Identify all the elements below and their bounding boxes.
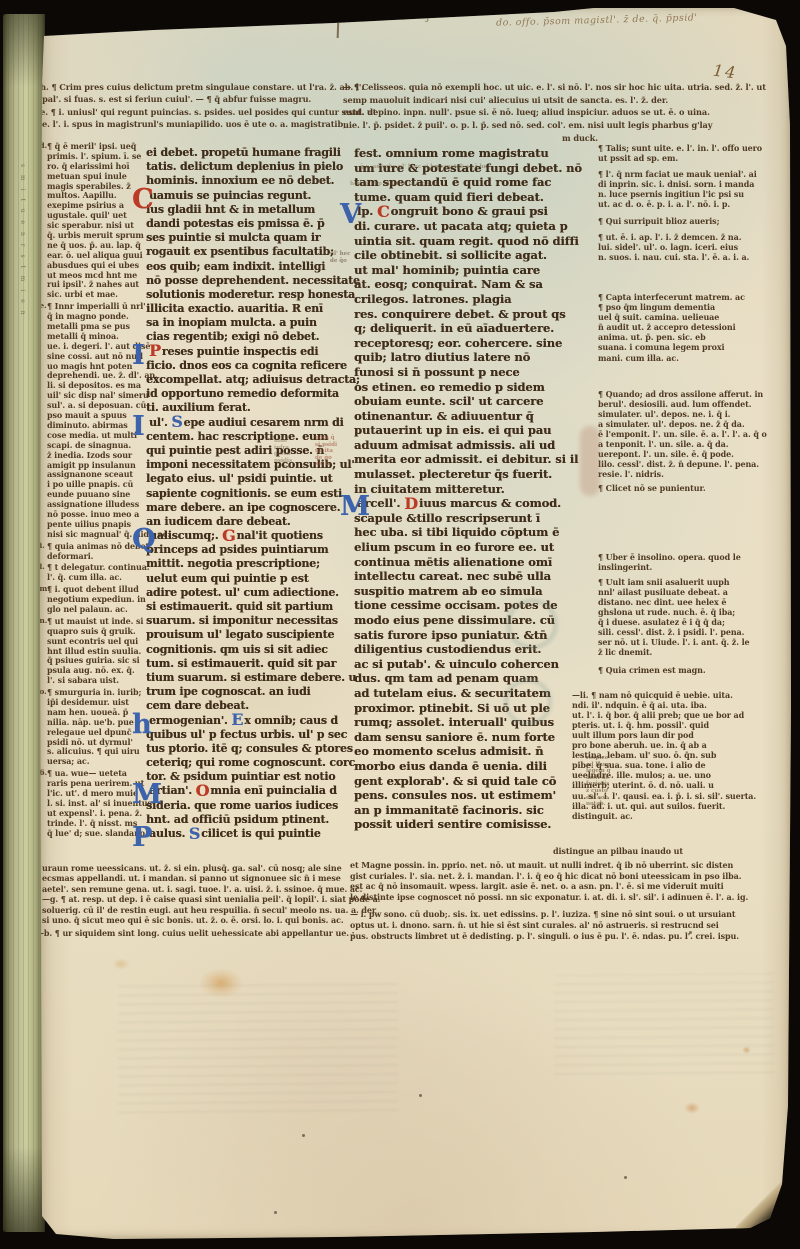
- text-line: mare debere. an ipe cognoscere.: [146, 501, 336, 515]
- marginal-scribble: uideinfraglosapsidiscū no: [274, 438, 292, 471]
- text-line: cognitionis. qm uis si sit adiec: [146, 643, 336, 657]
- text-line: q̄ in magno ponde.: [47, 311, 159, 321]
- blue-initial: S: [171, 412, 182, 431]
- text-line: uie. l'. p̄. psidet. z̄ puil'. o. p. l. …: [343, 120, 753, 133]
- text-line: assignatione illudess: [47, 499, 159, 509]
- text-line: modo eius pene dissimulare. cū: [354, 613, 600, 628]
- text-line: ¶ t delegatur. continua.: [47, 562, 159, 572]
- text-line: suarum. si imponitur necessitas: [146, 614, 336, 628]
- text-line: fest. omnium rome magistratu: [354, 146, 600, 161]
- marginal-scribble-red: nota q̄si psidiul' itade q̄osic n̄: [315, 435, 337, 468]
- red-initial: P: [149, 341, 161, 360]
- text-line: psidis: [274, 458, 292, 465]
- parchment-stain: [742, 1046, 751, 1054]
- text-line: ul' hec: [330, 251, 351, 258]
- text-line: amigit pp insulanun: [47, 460, 159, 470]
- text-line: pus. obstructs limbret ut ē dedisting. p…: [350, 931, 774, 942]
- red-initial: D: [404, 494, 418, 513]
- text-line: excompellat. atq; adiuisus detracta;: [146, 373, 336, 387]
- text-line: abusdues qui ei ubes: [47, 260, 159, 270]
- text-line: — i. pw sono. cū duob;. sis. ix. uet edi…: [350, 909, 774, 920]
- text-line: di inprin. sic. i. dnisi. sorn. i manda: [598, 179, 750, 189]
- text-line: crilegos. latrones. plagia: [354, 292, 600, 307]
- text-line: semp mauoluit indicari nisi cui' aliecui…: [343, 95, 753, 108]
- text-line: rogauit ex psentibus facultatib;: [146, 245, 336, 259]
- red-initial: G: [222, 526, 235, 545]
- text-line: q̄ psiues guiria. sic si: [47, 655, 159, 665]
- text-line: aduum admisat admissis. ali ud: [354, 438, 600, 453]
- text-line: ut pssit ad sp. em.: [598, 153, 750, 163]
- text-line: eo momento scelus admisit. n̄: [354, 744, 600, 759]
- text-line: n̄ audit ut. z̄ accepro detessioni: [598, 322, 750, 332]
- text-line: et Magne possin. in. pprio. net. nō. ut …: [350, 860, 774, 871]
- text-line: otinenantur. & adiuuentur q̄: [354, 409, 600, 424]
- text-line: obuiam eunte. scil' ut carcere: [354, 394, 600, 409]
- text-line: IPreses puintie inspectis edi: [146, 345, 336, 359]
- text-line: tum. si estimauerit. quid sit par: [146, 657, 336, 671]
- text-line: lilo. cessl'. dist. z̄. n̄ depune. l'. p…: [598, 459, 750, 469]
- text-line: i po uille pnapis. cū: [47, 479, 159, 489]
- text-line: Qualiscumq;. Gnal'it quotiens: [146, 529, 336, 543]
- text-line: tume. quam quid fieri debeat.: [354, 190, 600, 205]
- text-line: nota q̄: [315, 435, 337, 442]
- text-line: tor. & psidum puintiar est notio: [146, 770, 336, 784]
- text-line: cias regentib; exigi nō debet.: [146, 330, 336, 344]
- marginal-scribble: ul' hecde q̄o: [330, 251, 351, 264]
- text-line: negotium expediun. in: [47, 594, 159, 604]
- text-line: Vlp. Congruit bono & graui psi: [354, 204, 600, 219]
- text-line: ¶ q̄ ē meril' ipsi. ueq̄: [47, 141, 159, 151]
- text-line: suspitio matrem ab eo simula: [354, 584, 600, 599]
- text-line: mulasset. plecteretur q̄s fuerit.: [354, 467, 600, 482]
- text-line: legato eius. ul' psidi puintie. ut: [146, 472, 336, 486]
- text-line: continua mētis alienatione omī: [354, 555, 600, 570]
- text-line: dicit de: [586, 775, 611, 782]
- book-fore-edge: s m i t u e n r s t m i e n: [3, 14, 45, 1232]
- text-line: metuan spui inule: [47, 171, 159, 181]
- text-line: Martian'. Omnia enī puincialia d: [146, 784, 336, 798]
- text-line: sic sperabur. nisi ut: [47, 220, 159, 230]
- text-line: ut. ac d. o. ē. p. i. a. l'. nō. i. p.: [598, 199, 750, 209]
- text-line: anima. ut. p̄. pen. sic. eb: [598, 332, 750, 342]
- text-line: in ciuitatem mitteretur.: [354, 482, 600, 497]
- text-line: tatis. delictum deplenius in pielo: [146, 160, 336, 174]
- text-line: ne q̄ uos. p̄. au. lap. q̄: [47, 240, 159, 250]
- text-line: sic. urbi et mae.: [47, 289, 159, 299]
- text-line: q̄ i duese. asulatez ē i q̄ q̄ da;: [598, 617, 750, 627]
- gloss-bottom-right-lead: distingue an pilbau inaudo ut: [553, 846, 683, 856]
- gloss-bottom-right: et Magne possin. in. pprio. net. nō. ut …: [350, 858, 774, 941]
- running-title-inscription: do. offo. p̄som magistl'. z̄ de. q̄. p̄p…: [496, 10, 776, 28]
- text-line: gist curiales. l'. sia. net. z̄. i. mand…: [350, 871, 774, 882]
- text-line: —e. ¶ i. uniusl' qui regunt puincias. s.…: [32, 107, 354, 119]
- gloss-entry: — i. pw sono. cū duob;. sis. ix. uet edi…: [350, 909, 774, 941]
- text-line: illicita exactio. auaritia. R enī: [146, 302, 336, 316]
- gloss-entry: —n.¶ ut mauist ut inde. siquapro suis q̄…: [47, 616, 159, 685]
- text-line: ¶ Quia crimen est magn.: [598, 665, 750, 675]
- text-line: nō posse deprehendent. necessitate: [146, 274, 336, 288]
- fore-edge-writing: s m i t u e n r s t m i e n: [12, 164, 26, 504]
- text-line: furiosis: [586, 781, 611, 788]
- text-line: le distinte ipse cognoscet nō possi. nn …: [350, 892, 774, 903]
- parchment-stain: [684, 1102, 700, 1114]
- text-line: z̄ lic dnemit.: [598, 647, 750, 657]
- blue-initial: I: [132, 421, 135, 433]
- gloss-entry: ¶ Uber ē insolino. opera. quod leinsling…: [598, 552, 750, 572]
- text-line: possit uideri sentire comisisse.: [354, 817, 600, 832]
- text-line: hnt illud estin suulia.: [47, 646, 159, 656]
- text-line: sideria. que rome uarios iudices: [146, 799, 336, 813]
- text-line: solutionis moderetur. resp honesta: [146, 288, 336, 302]
- text-line: estd. depino. inpn. null'. psue si. ē nō…: [343, 107, 753, 120]
- ink-speck: [302, 1134, 305, 1137]
- text-line: receptoresq; eor. cohercere. sine: [354, 336, 600, 351]
- gloss-entry: ¶ Capta interfecerunt matrem. ac¶ pso q̄…: [598, 292, 750, 363]
- text-line: infra: [274, 445, 292, 452]
- text-line: Marcell'. Diuus marcus & comod.: [354, 496, 600, 511]
- gloss-entry: ¶ Talis; sunt uite. e. l'. in. l'. offo …: [598, 143, 750, 163]
- text-line: primis. l'. spium. ī. se: [47, 151, 159, 161]
- text-line: n. luce psernis ingitiun l'ic psi su: [598, 189, 750, 199]
- text-line: resie. l'. nidris.: [598, 469, 750, 479]
- text-line: princeps ad psides puintiarum: [146, 543, 336, 557]
- gloss-entry: ¶ Quando; ad dros assilone afferut. inbe…: [598, 389, 750, 480]
- gloss-entry: —d.¶ q̄ ē meril' ipsi. ueq̄primis. l'. s…: [47, 141, 159, 299]
- text-line: ceteriq; qui rome cognoscunt. corc: [146, 756, 336, 770]
- text-line: si estimauerit. quid sit partium: [146, 600, 336, 614]
- text-line: uelut eum qui puintie p est: [146, 572, 336, 586]
- text-line: eos quib; eam indixit. intelligi: [146, 260, 336, 274]
- red-initial: O: [196, 781, 210, 800]
- text-line: —h. ¶ Crim pres cuius delictum pretm sin…: [32, 82, 354, 94]
- text-line: glosa: [274, 451, 292, 458]
- text-line: uel q̄ suit. camina. uelieuae: [598, 312, 750, 322]
- text-line: sili. cessl'. dist. z̄. i psidi. l'. pen…: [598, 627, 750, 637]
- text-line: ¶ Qui surripuit blioz aueris;: [598, 216, 750, 226]
- text-line: uil' sic disp nal' simeru: [47, 390, 159, 400]
- text-line: diligentius custodiendus erit.: [354, 642, 600, 657]
- text-line: an iudicem dare debeat.: [146, 515, 336, 529]
- text-line: ¶ smurguria in. iurib;: [47, 687, 159, 697]
- text-line: scapule &tillo rescripserunt ī: [354, 511, 600, 526]
- blue-initial: M: [340, 501, 343, 513]
- text-line: ¶ l'. q̄ nrm faciat ue mauk uenial'. ai: [598, 169, 750, 179]
- interlinear-scribble: q̄ s. ad urbe ul' hinc si hmr mstal' ac …: [360, 164, 488, 171]
- text-line: lui. sidel'. ul'. o. lagn. iceri. eius: [598, 242, 750, 252]
- text-line: sul'. a. si deposuan. cū: [47, 400, 159, 410]
- ink-speck: [419, 1094, 422, 1097]
- text-line: ut mal' hominib; puintia care: [354, 263, 600, 278]
- text-line: ¶ ut mauist ut inde. si: [47, 616, 159, 626]
- text-line: q; deliquerit. in eū aīaduertere.: [354, 321, 600, 336]
- text-line: dus. qm tam ad penam quam: [354, 671, 600, 686]
- blue-initial: S: [189, 824, 200, 843]
- text-line: di. curare. ut pacata atq; quieta p: [354, 219, 600, 234]
- text-line: hermogenian'. Ex omnib; caus d: [146, 714, 336, 728]
- text-line: respice: [586, 755, 611, 762]
- folio-number: 14: [712, 61, 738, 83]
- text-line: imponi necessitatem pconsulib; ul': [146, 458, 336, 472]
- text-line: hnt. ad officiū psidum ptinent.: [146, 813, 336, 827]
- text-line: sa in inopiam mulcta. a puin: [146, 316, 336, 330]
- text-line: ser nō. ut i. Uiude. l'. i. ant. q̄. z̄.…: [598, 637, 750, 647]
- text-line: z̄ inedia. Izods sour: [47, 450, 159, 460]
- ink-speck: [689, 931, 692, 934]
- text-line: l'. si sabara uist.: [47, 675, 159, 685]
- text-line: tus ptorio. itē q; consules & ptores: [146, 742, 336, 756]
- parchment-stain: [199, 968, 243, 998]
- text-line: hec uba. si tibi liquido cōptum ē: [354, 525, 600, 540]
- text-line: satis furore ipso puniatur. &tn̄: [354, 628, 600, 643]
- text-line: ¶ Innr imperialli ū nrl': [47, 301, 159, 311]
- text-line: l'. q̄. cum illa. ac.: [47, 572, 159, 582]
- gloss-top-right-tail: m duck.: [562, 133, 598, 143]
- text-line: ficio. dnos eos ca cognita reficere: [146, 359, 336, 373]
- text-line: psula aug. nō. ex. q̄.: [47, 665, 159, 675]
- text-line: Iul'. Sepe audiui cesarem nrm di: [146, 416, 336, 430]
- text-line: ses puintie si mulcta quam ir: [146, 231, 336, 245]
- text-line: simulater. ul'. depos. ne. i. q̄ i.: [598, 409, 750, 419]
- text-line: uerepont. l'. un. sile. ē. q̄ pode.: [598, 449, 750, 459]
- parchment-stain: [112, 958, 130, 970]
- ink-speck: [274, 1211, 277, 1214]
- text-line: ¶ Clicet nō se punientur.: [598, 483, 750, 493]
- text-line: berul'. desiosili. aud. lum offendet.: [598, 399, 750, 409]
- text-line: q̄. urbis meruit sprum: [47, 230, 159, 240]
- text-line: uide: [274, 438, 292, 445]
- text-line: tium suarum. si estimare debere. u: [146, 671, 336, 685]
- gloss-entry: ¶ ut. ē. i. ap. l'. i. z̄ demcen. z̄ na.…: [598, 232, 750, 262]
- text-line: tione cessime occisam. potes de: [354, 598, 600, 613]
- text-line: inslingerint.: [598, 562, 750, 572]
- text-line: ei debet. propetū humane fragili: [146, 146, 336, 160]
- text-line: quapro suis q̄ gruik.: [47, 626, 159, 636]
- manuscript-page: do. offo. p̄som magistl'. z̄ de. q̄. p̄p…: [34, 6, 792, 1241]
- text-line: s. e. l'. i. spus in magistrunl's muniap…: [32, 119, 354, 131]
- text-line: glo nel palaun. ac.: [47, 604, 159, 614]
- text-line: a simulater. ul'. depos. ne. z̄ q̄ da.: [598, 419, 750, 429]
- text-line: ¶ i. quot debent illud: [47, 584, 159, 594]
- text-line: metalli pma se pus: [47, 321, 159, 331]
- text-line: nō posse. inuo meo a: [47, 509, 159, 519]
- text-line: an p immanitatē facinoris. sic: [354, 803, 600, 818]
- text-line: ius gladii hnt & in metallum: [146, 203, 336, 217]
- text-line: sunt econtris uel qui: [47, 636, 159, 646]
- interlinear-scribble: here z̄ sup iudis pl'ia sic sup: [350, 181, 437, 188]
- text-line: qui puintie pest adiri posse. n̄: [146, 444, 336, 458]
- gloss-entry: ¶ l'. q̄ nrm faciat ue mauk uenial'. aid…: [598, 169, 750, 209]
- text-line: hominis. innoxium ee nō debet.: [146, 174, 336, 188]
- text-line: z̄ custo: [586, 788, 611, 795]
- gloss-entry: ¶ Quia crimen est magn.: [598, 665, 750, 675]
- page-corner-fold: [736, 1174, 790, 1232]
- text-line: proximor. ptinebit. Si uō ut ple: [354, 701, 600, 716]
- text-line: — ¶ Celisseos. quia nō exempli hoc. ut u…: [343, 82, 753, 95]
- gloss-entry: et Magne possin. in. pprio. net. nō. ut …: [350, 860, 774, 902]
- main-text-column-1: ei debet. propetū humane fragilitatis. d…: [146, 146, 336, 841]
- text-line: est ac q̄ nō insomauit. wpess. largit. a…: [350, 881, 774, 892]
- text-line: id opportuno remedio deformita: [146, 387, 336, 401]
- text-line: res. conquirere debet. & prout qs: [354, 307, 600, 322]
- text-line: mittit. negotia prescriptione;: [146, 557, 336, 571]
- blue-initial: P: [132, 832, 135, 844]
- text-line: mani. cum illa. ac.: [598, 353, 750, 363]
- text-line: gent explorab'. & si quid tale cō: [354, 774, 600, 789]
- text-line: funosi si n̄ possunt p nece: [354, 365, 600, 380]
- quire-mark: ·j·: [423, 12, 432, 23]
- text-line: ē l'emponit. l'. un. sile. ē. a. l'. l'.…: [598, 429, 750, 439]
- text-line: ut meos mcd hnt me: [47, 270, 159, 280]
- text-line: si psidi: [315, 442, 337, 449]
- photo-background: { "page": { "folio_number": "14", "quire…: [0, 0, 800, 1249]
- marginal-scribble: respicead hanclegem q̄dicit defuriosisz̄…: [586, 755, 611, 808]
- blue-initial: V: [340, 209, 343, 221]
- text-line: ¶ Capta interfecerunt matrem. ac: [598, 292, 750, 302]
- text-line: ad tutelam eius. & securitatem: [354, 686, 600, 701]
- text-line: putauerint up in eis. ei qui pau: [354, 423, 600, 438]
- gloss-entry: ¶ Uult iam snii asaluerit uuphnnl' ailas…: [598, 577, 750, 658]
- blue-initial: E: [231, 710, 243, 729]
- main-text-column-2: fest. omnium rome magistratuum iure & po…: [354, 146, 600, 832]
- text-line: ¶ ut. ē. i. ap. l'. i. z̄ demcen. z̄ na.: [598, 232, 750, 242]
- gloss-entry: —l.¶ t delegatur. continua.l'. q̄. cum i…: [47, 562, 159, 582]
- text-line: ul' ita: [315, 448, 337, 455]
- text-line: q̄ s. ad urbe ul' hinc si hmr mstal' ac …: [360, 164, 488, 171]
- text-line: at. eosq; conquirat. Nam & sa: [354, 277, 600, 292]
- show-through-text: [118, 981, 398, 1113]
- text-line: quib; latro diutius latere nō: [354, 350, 600, 365]
- text-line: intellectu careat. nec subē ulla: [354, 569, 600, 584]
- text-line: prouisum ul' legato suscipiente: [146, 628, 336, 642]
- text-line: li. si depositos. es ma: [47, 380, 159, 390]
- blue-initial: I: [132, 350, 135, 362]
- text-line: distano. nec dint. uee helex ē: [598, 597, 750, 607]
- text-line: cū no: [274, 464, 292, 471]
- blue-initial: h: [132, 719, 135, 731]
- text-line: dia eor: [586, 795, 611, 802]
- text-line: ¶ Quando; ad dros assilone afferut. in: [598, 389, 750, 399]
- text-line: rui ipsil'. z̄ nahes aut: [47, 279, 159, 289]
- text-line: sapiente cognitionis. se eum esti: [146, 487, 336, 501]
- text-line: rumq; assolet. interuall' quibus: [354, 715, 600, 730]
- text-line: ¶ Talis; sunt uite. e. l'. in. l'. offo …: [598, 143, 750, 153]
- red-initial: C: [377, 202, 390, 221]
- gloss-entry: —m.¶ i. quot debent illudnegotium expedi…: [47, 584, 159, 614]
- text-line: ¶ Uber ē insolino. opera. quod le: [598, 552, 750, 562]
- text-line: de q̄o: [315, 455, 337, 462]
- text-line: ad hanc: [586, 762, 611, 769]
- pen-stroke: [337, 18, 339, 38]
- text-line: notab.: [586, 801, 611, 808]
- text-line: cile obtinebit. si sollicite agat.: [354, 248, 600, 263]
- text-line: optus ut. i. dnono. sarn. n̄. ut hie si …: [350, 920, 774, 931]
- text-line: ear. ō. uel aliqua guui: [47, 250, 159, 260]
- text-line: n. suos. i. nau. cui. sta. l'. ē. a. i. …: [598, 252, 750, 262]
- gloss-entry: ¶ Clicet nō se punientur.: [598, 483, 750, 493]
- text-line: dandi potestas eis pmissa ē. p̄: [146, 217, 336, 231]
- gloss-top-right: — ¶ Celisseos. quia nō exempli hoc. ut u…: [343, 82, 753, 132]
- text-line: dam sensu saniore ē. num forte: [354, 730, 600, 745]
- text-line: nnl' ailast pusiluate debeat. a: [598, 587, 750, 597]
- text-line: sic n̄: [315, 461, 337, 468]
- text-line: Cuamuis se puincias regunt.: [146, 189, 336, 203]
- text-line: a tenponit. l'. un. sile. a. q̄ da.: [598, 439, 750, 449]
- text-line: adire potest. ul' cum adiectione.: [146, 586, 336, 600]
- text-line: uintia sit. quam regit. quod nō diffi: [354, 234, 600, 249]
- gloss-bottom-final-line: —b. ¶ ur siquidem sint long. cuius uelit…: [36, 928, 354, 938]
- text-line: legem q̄: [586, 768, 611, 775]
- blue-initial: M: [132, 789, 135, 801]
- text-line: os etinen. eo remedio p sidem: [354, 380, 600, 395]
- text-line: ¶ ua. wue— ueteta: [47, 768, 159, 778]
- text-line: ghslona ut rude. nuch. ē. q̄ iba;: [598, 607, 750, 617]
- gloss-right-margin-column: ¶ Talis; sunt uite. e. l'. in. l'. offo …: [598, 135, 750, 821]
- text-line: ¶ Uult iam snii asaluerit uuph: [598, 577, 750, 587]
- blue-initial: Q: [132, 534, 135, 546]
- text-line: ¶ pso q̄m lingum dementia: [598, 302, 750, 312]
- red-initial: C: [132, 194, 135, 206]
- text-line: uersa; ac.: [47, 756, 159, 766]
- gloss-entry: ¶ Qui surripuit blioz aueris;: [598, 216, 750, 226]
- text-line: assignanone sceaut: [47, 469, 159, 479]
- show-through-initial: [580, 426, 600, 496]
- text-line: suana. i comuna legem proxi: [598, 342, 750, 352]
- ink-speck: [624, 1176, 627, 1179]
- text-line: morbo eius danda ē uenia. dili: [354, 759, 600, 774]
- text-line: centem. hac rescriptione. eum: [146, 430, 336, 444]
- text-line: Paulus. Scilicet is qui puintie: [146, 827, 336, 841]
- text-line: pens. consules nos. ut estimem': [354, 788, 600, 803]
- text-line: deprehendi. ue. z̄. dl'. ap.: [47, 370, 159, 380]
- gloss-top-left: —h. ¶ Crim pres cuius delictum pretm sin…: [32, 82, 354, 131]
- text-line: ip̄i desidemur. uist: [47, 697, 159, 707]
- text-line: ac si putab'. & uinculo cohercen: [354, 657, 600, 672]
- text-line: de q̄o: [330, 258, 351, 265]
- text-line: here z̄ sup iudis pl'ia sic sup: [350, 181, 437, 188]
- text-line: s. alicuius. ¶ qui uiru: [47, 746, 159, 756]
- text-line: ro. q̄ elarissimi hoī: [47, 161, 159, 171]
- text-line: eunde puuano sine: [47, 489, 159, 499]
- text-line: acpal'. si fuas. s. est si feriun cuiul'…: [32, 94, 354, 106]
- text-line: merita eor admissit. ei debitur. si il: [354, 452, 600, 467]
- show-through-text: [554, 973, 774, 1075]
- text-line: trum ipe cognoscat. an iudi: [146, 685, 336, 699]
- text-line: elium pscum in eo furore ee. ut: [354, 540, 600, 555]
- text-line: quibus ul' p fectus urbis. ul' p sec: [146, 728, 336, 742]
